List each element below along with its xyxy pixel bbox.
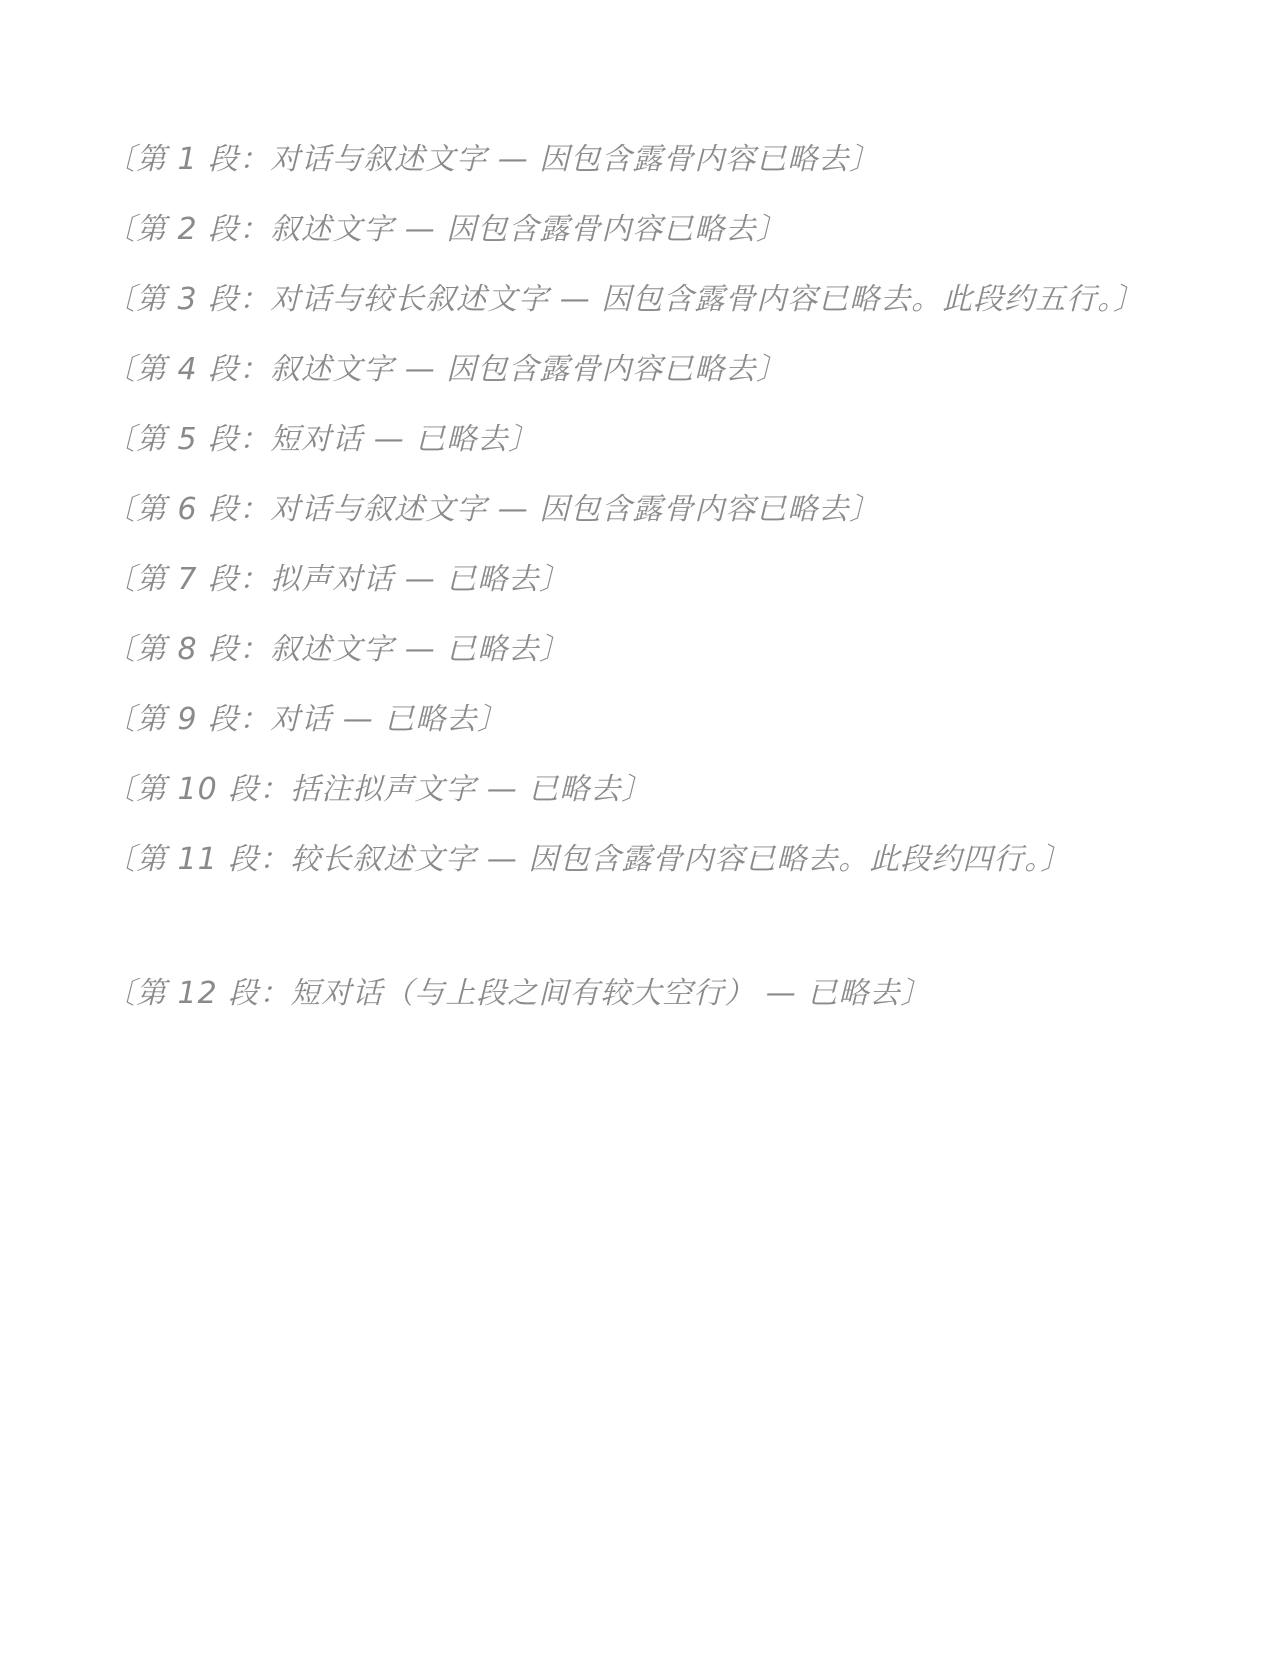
paragraph-5: 〔第 5 段：短对话 — 已略去〕 — [105, 418, 1135, 462]
paragraph-12: 〔第 12 段：短对话（与上段之间有较大空行） — 已略去〕 — [105, 972, 1135, 1016]
paragraph-7: 〔第 7 段：拟声对话 — 已略去〕 — [105, 558, 1135, 602]
paragraph-1: 〔第 1 段：对话与叙述文字 — 因包含露骨内容已略去〕 — [105, 138, 1135, 182]
paragraph-9: 〔第 9 段：对话 — 已略去〕 — [105, 698, 1135, 742]
paragraph-10: 〔第 10 段：括注拟声文字 — 已略去〕 — [105, 768, 1135, 812]
paragraph-6: 〔第 6 段：对话与叙述文字 — 因包含露骨内容已略去〕 — [105, 488, 1135, 532]
paragraph-4: 〔第 4 段：叙述文字 — 因包含露骨内容已略去〕 — [105, 348, 1135, 392]
document-page: 〔第 1 段：对话与叙述文字 — 因包含露骨内容已略去〕 〔第 2 段：叙述文字… — [0, 0, 1280, 1656]
paragraph-11: 〔第 11 段：较长叙述文字 — 因包含露骨内容已略去。此段约四行。〕 — [105, 838, 1135, 882]
text-column: 〔第 1 段：对话与叙述文字 — 因包含露骨内容已略去〕 〔第 2 段：叙述文字… — [105, 138, 1135, 1042]
paragraph-2: 〔第 2 段：叙述文字 — 因包含露骨内容已略去〕 — [105, 208, 1135, 252]
paragraph-3: 〔第 3 段：对话与较长叙述文字 — 因包含露骨内容已略去。此段约五行。〕 — [105, 278, 1135, 322]
paragraph-8: 〔第 8 段：叙述文字 — 已略去〕 — [105, 628, 1135, 672]
